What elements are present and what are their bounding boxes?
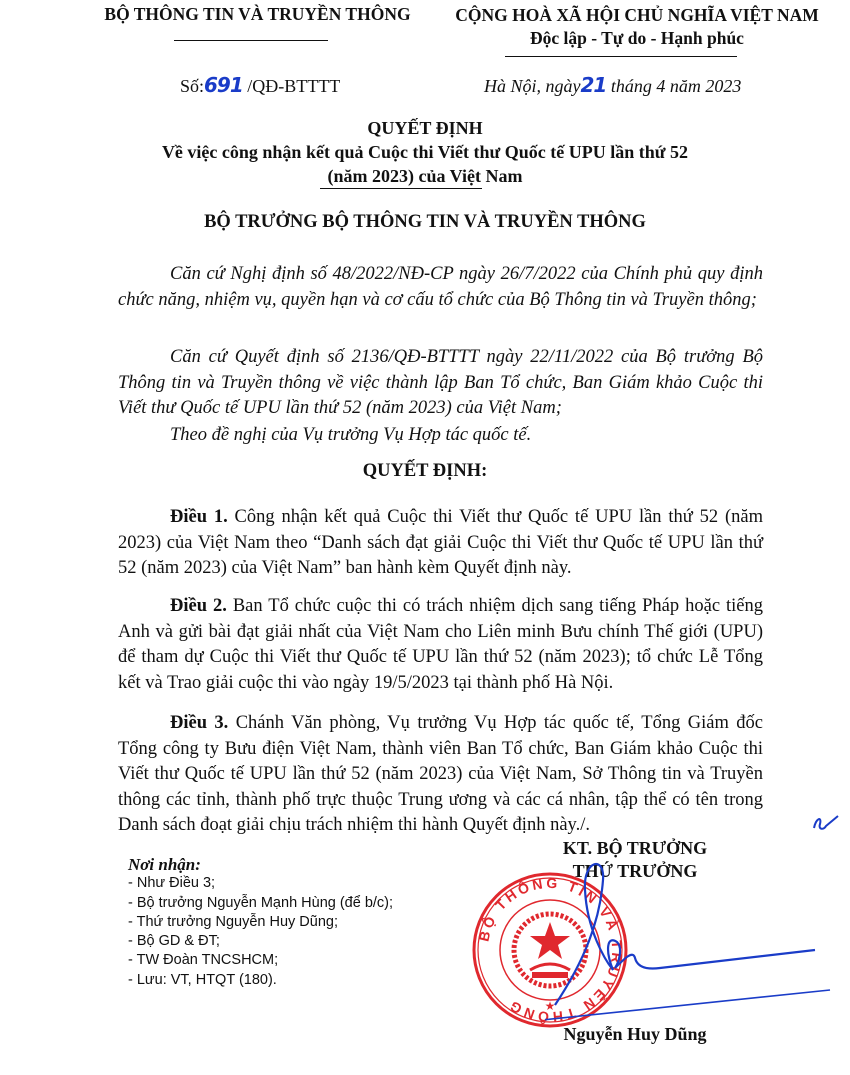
number-suffix: /QĐ-BTTTT [243,76,340,96]
decision-heading: QUYẾT ĐỊNH: [0,461,850,482]
recipient-item: - Lưu: VT, HTQT (180). [128,971,393,990]
preamble-paragraph: Căn cứ Nghị định số 48/2022/NĐ-CP ngày 2… [118,262,763,313]
number-prefix: Số: [180,76,204,96]
recipients-title: Nơi nhận: [128,855,393,874]
recipient-item: - Bộ GD & ĐT; [128,932,393,951]
recipient-item: - Bộ trưởng Nguyễn Mạnh Hùng (để b/c); [128,894,393,913]
title-underline [320,188,482,189]
number-handwritten: 691 [204,73,243,97]
title-subject-line1: Về việc công nhận kết quả Cuộc thi Viết … [0,140,850,164]
document-title: QUYẾT ĐỊNH Về việc công nhận kết quả Cuộ… [0,116,850,188]
ministry-name: BỘ THÔNG TIN VÀ TRUYỀN THÔNG [85,4,430,25]
handwritten-signature-icon [545,850,845,1050]
article-label: Điều 3. [170,713,228,733]
date-day-handwritten: 21 [581,73,607,97]
title-heading: QUYẾT ĐỊNH [0,116,850,140]
article-label: Điều 1. [170,507,228,527]
document-number: Số:691 /QĐ-BTTTT [180,73,340,97]
preamble-paragraph: Theo đề nghị của Vụ trưởng Vụ Hợp tác qu… [118,423,763,449]
initial-mark-icon [810,810,840,835]
date-suffix: tháng 4 năm 2023 [606,76,741,96]
preamble-paragraph: Căn cứ Quyết định số 2136/QĐ-BTTTT ngày … [118,345,763,422]
date-prefix: Hà Nội, ngày [484,76,581,96]
article-label: Điều 2. [170,596,227,616]
title-subject-line2: (năm 2023) của Việt Nam [0,164,850,188]
national-header: CỘNG HOÀ XÃ HỘI CHỦ NGHĨA VIỆT NAM Độc l… [432,4,842,50]
motto-underline [505,56,737,57]
ministry-underline [174,40,328,41]
issuing-authority: BỘ TRƯỞNG BỘ THÔNG TIN VÀ TRUYỀN THÔNG [0,212,850,233]
article-1: Điều 1. Công nhận kết quả Cuộc thi Viết … [118,505,763,582]
national-motto: Độc lập - Tự do - Hạnh phúc [432,27,842,50]
article-2: Điều 2. Ban Tổ chức cuộc thi có trách nh… [118,594,763,696]
recipient-item: - Thứ trưởng Nguyễn Huy Dũng; [128,913,393,932]
recipients-block: Nơi nhận: - Như Điều 3; - Bộ trưởng Nguy… [128,855,393,990]
republic-name: CỘNG HOÀ XÃ HỘI CHỦ NGHĨA VIỆT NAM [432,4,842,27]
signer-name: Nguyễn Huy Dũng [520,1024,750,1045]
article-3: Điều 3. Chánh Văn phòng, Vụ trưởng Vụ Hợ… [118,711,763,839]
document-date: Hà Nội, ngày21 tháng 4 năm 2023 [484,73,741,97]
recipient-item: - TW Đoàn TNCSHCM; [128,951,393,970]
recipient-item: - Như Điều 3; [128,874,393,893]
